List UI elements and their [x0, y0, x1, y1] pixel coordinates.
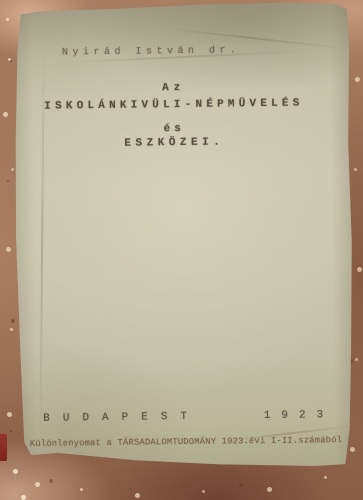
- photo-of-booklet: Nyirád István dr. Az ISKOLÁNKIVÜLI-NÉPMÜ…: [0, 0, 363, 500]
- title-article: Az: [5, 80, 342, 96]
- booklet-cover: Nyirád István dr. Az ISKOLÁNKIVÜLI-NÉPMÜ…: [12, 2, 355, 470]
- red-edge-mark: [0, 434, 7, 461]
- publication-year: 1923: [264, 409, 335, 422]
- surface-speckles-dark: [10, 60, 12, 62]
- title-end: ESZKÖZEI.: [6, 135, 343, 151]
- imprint-line: Különlenyomat a TÁRSADALOMTUDOMÁNY 1923.…: [19, 435, 352, 449]
- surface-speckles-light: [6, 18, 9, 21]
- publication-row: BUDAPEST 1923: [43, 409, 334, 425]
- title-main: ISKOLÁNKIVÜLI-NÉPMÜVELÉS: [5, 97, 342, 113]
- publication-city: BUDAPEST: [43, 411, 200, 425]
- author-line: Nyirád István dr.: [0, 44, 320, 59]
